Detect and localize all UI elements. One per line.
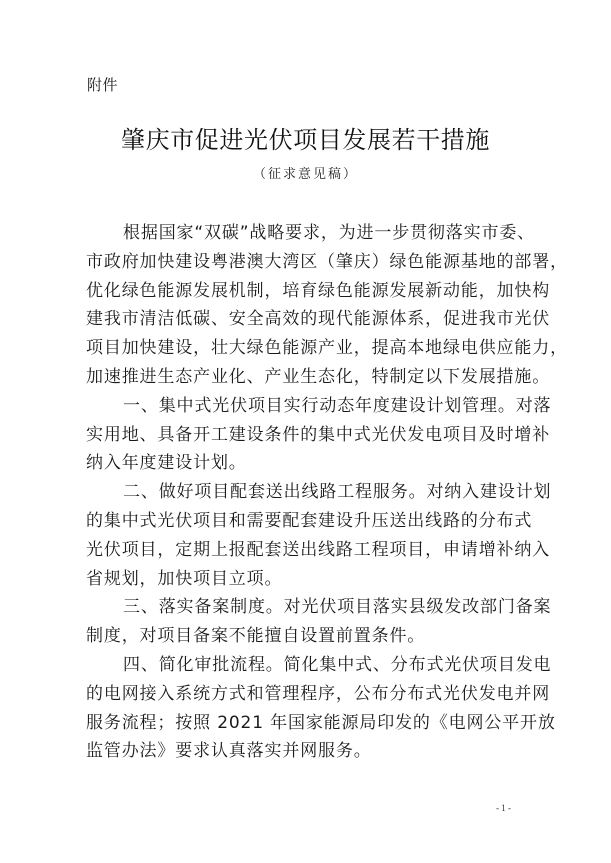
- text-line: 优化绿色能源发展机制，培育绿色能源发展新动能，加快构: [86, 277, 524, 306]
- text-line: 的集中式光伏项目和需要配套建设升压送出线路的分布式: [86, 507, 524, 536]
- text-line: 制度，对项目备案不能擅自设置前置条件。: [86, 622, 524, 651]
- text-line: 的电网接入系统方式和管理程序，公布分布式光伏发电并网: [86, 680, 524, 709]
- text-line: 二、做好项目配套送出线路工程服务。对纳入建设计划: [86, 478, 524, 507]
- text-line: 监管办法》要求认真落实并网服务。: [86, 737, 524, 766]
- text-line: 纳入年度建设计划。: [86, 449, 524, 478]
- text-line: 根据国家“双碳”战略要求，为进一步贯彻落实市委、: [86, 219, 524, 248]
- paragraph-intro: 根据国家“双碳”战略要求，为进一步贯彻落实市委、 市政府加快建设粤港澳大湾区（肇…: [86, 219, 524, 392]
- document-body: 根据国家“双碳”战略要求，为进一步贯彻落实市委、 市政府加快建设粤港澳大湾区（肇…: [86, 219, 524, 766]
- attachment-label: 附件: [87, 74, 118, 95]
- paragraph-measure-3: 三、落实备案制度。对光伏项目落实县级发改部门备案 制度，对项目备案不能擅自设置前…: [86, 593, 524, 651]
- document-subtitle: （征求意见稿）: [0, 163, 611, 182]
- paragraph-measure-2: 二、做好项目配套送出线路工程服务。对纳入建设计划 的集中式光伏项目和需要配套建设…: [86, 478, 524, 593]
- paragraph-measure-4: 四、简化审批流程。简化集中式、分布式光伏项目发电 的电网接入系统方式和管理程序，…: [86, 651, 524, 766]
- document-title: 肇庆市促进光伏项目发展若干措施: [0, 120, 611, 155]
- text-line: 服务流程；按照 2021 年国家能源局印发的《电网公平开放: [86, 709, 524, 738]
- document-page: 附件 肇庆市促进光伏项目发展若干措施 （征求意见稿） 根据国家“双碳”战略要求，…: [0, 0, 611, 863]
- text-line: 加速推进生态产业化、产业生态化，特制定以下发展措施。: [86, 363, 524, 392]
- paragraph-measure-1: 一、集中式光伏项目实行动态年度建设计划管理。对落 实用地、具备开工建设条件的集中…: [86, 392, 524, 478]
- text-line: 项目加快建设，壮大绿色能源产业，提高本地绿电供应能力，: [86, 334, 524, 363]
- text-line: 四、简化审批流程。简化集中式、分布式光伏项目发电: [86, 651, 524, 680]
- text-line: 三、落实备案制度。对光伏项目落实县级发改部门备案: [86, 593, 524, 622]
- text-line: 实用地、具备开工建设条件的集中式光伏发电项目及时增补: [86, 421, 524, 450]
- text-line: 光伏项目，定期上报配套送出线路工程项目，申请增补纳入: [86, 536, 524, 565]
- text-line: 建我市清洁低碳、安全高效的现代能源体系，促进我市光伏: [86, 305, 524, 334]
- text-line: 市政府加快建设粤港澳大湾区（肇庆）绿色能源基地的部署，: [86, 248, 524, 277]
- text-line: 一、集中式光伏项目实行动态年度建设计划管理。对落: [86, 392, 524, 421]
- page-number: - 1 -: [496, 803, 511, 813]
- text-line: 省规划，加快项目立项。: [86, 565, 524, 594]
